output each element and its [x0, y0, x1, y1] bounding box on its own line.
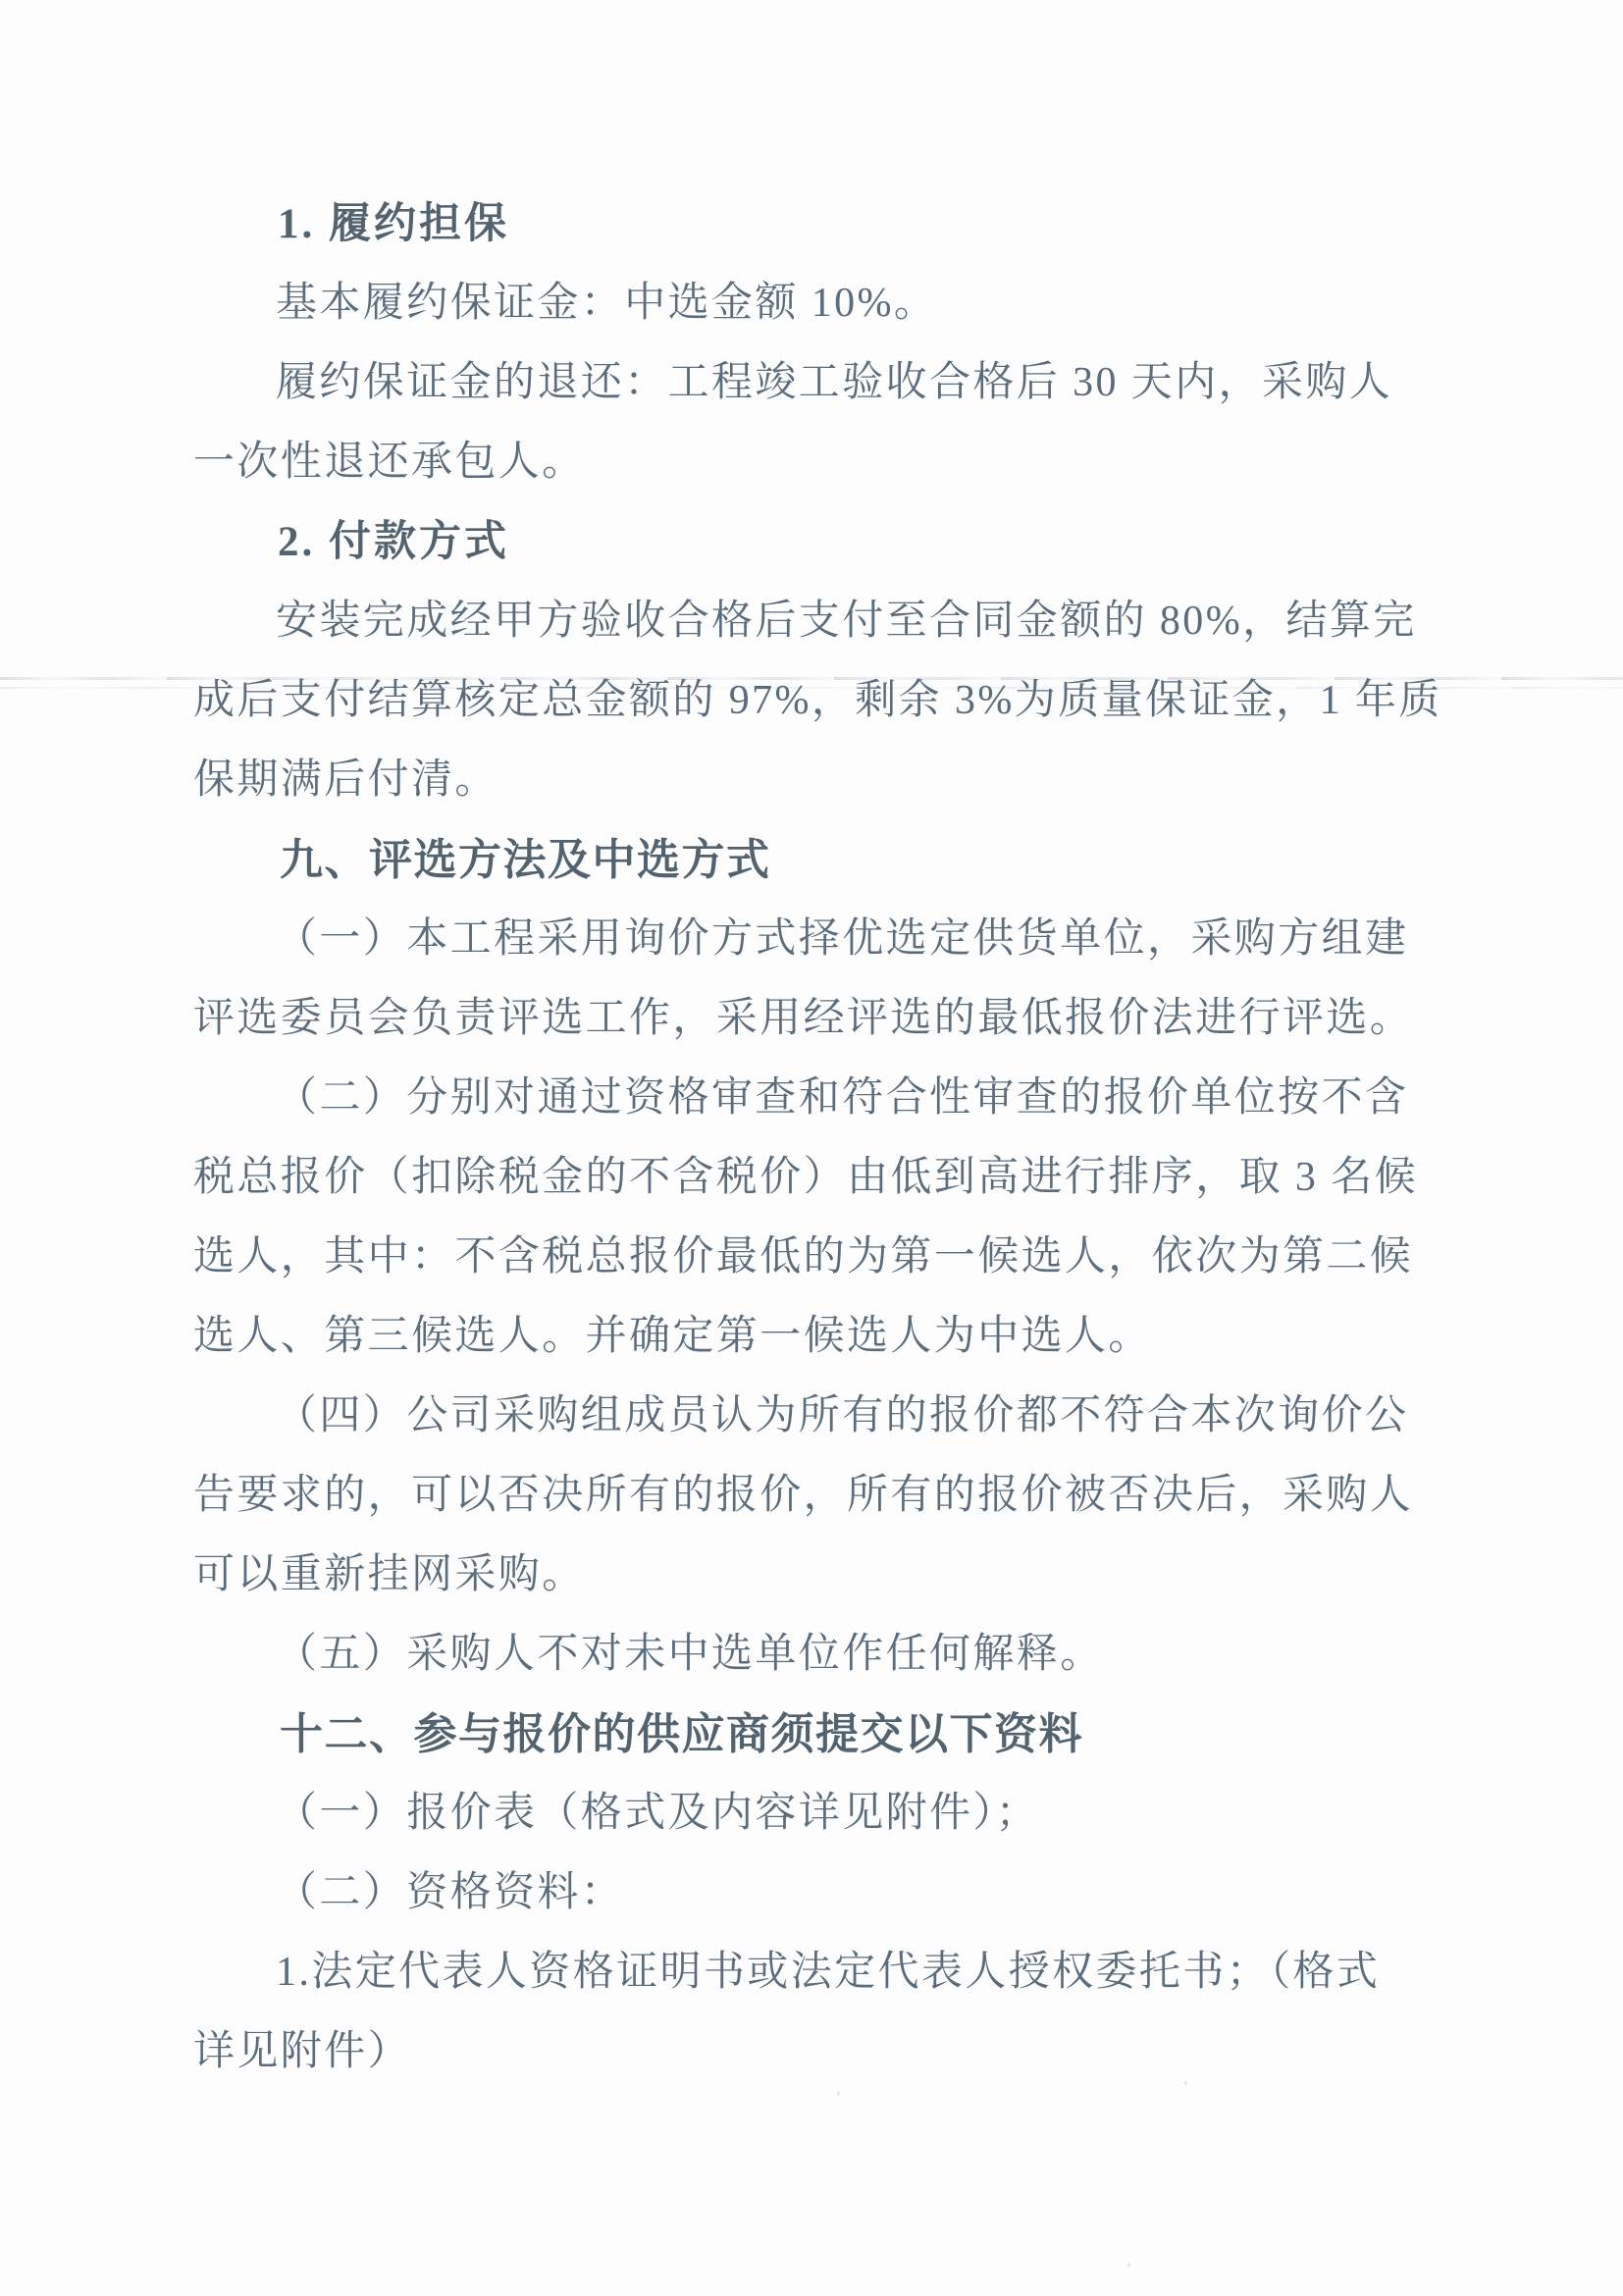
line-doc-legal-rep-1: 1.法定代表人资格证明书或法定代表人授权委托书；（格式 — [193, 1933, 1426, 2012]
line-item5-no-explanation: （五）采购人不对未中选单位作任何解释。 — [193, 1615, 1426, 1695]
line-item2-ranking-3: 选人，其中：不含税总报价最低的为第一候选人，依次为第二候 — [193, 1218, 1426, 1297]
heading-required-documents: 十二、参与报价的供应商须提交以下资料 — [193, 1695, 1426, 1774]
line-doc-quotation-form: （一）报价表（格式及内容详见附件）； — [193, 1774, 1426, 1853]
heading-evaluation-method: 九、评选方法及中选方式 — [193, 820, 1426, 900]
line-item4-rejection-1: （四）公司采购组成员认为所有的报价都不符合本次询价公 — [193, 1377, 1426, 1456]
line-item1-inquiry-1: （一）本工程采用询价方式择优选定供货单位，采购方组建 — [193, 900, 1426, 979]
line-doc-qualification: （二）资格资料： — [193, 1853, 1426, 1933]
line-payment-3: 保期满后付清。 — [193, 741, 1426, 820]
line-guarantee-refund-2: 一次性退还承包人。 — [193, 423, 1426, 502]
line-item2-ranking-1: （二）分别对通过资格审查和符合性审查的报价单位按不含 — [193, 1059, 1426, 1138]
line-basic-guarantee: 基本履约保证金：中选金额 10%。 — [193, 264, 1426, 343]
line-guarantee-refund-1: 履约保证金的退还：工程竣工验收合格后 30 天内，采购人 — [193, 343, 1426, 423]
document-page: 1. 履约担保 基本履约保证金：中选金额 10%。 履约保证金的退还：工程竣工验… — [0, 0, 1623, 2296]
line-payment-2: 成后支付结算核定总金额的 97%，剩余 3%为质量保证金，1 年质 — [193, 661, 1426, 741]
document-body: 1. 履约担保 基本履约保证金：中选金额 10%。 履约保证金的退还：工程竣工验… — [193, 184, 1426, 2092]
line-payment-1: 安装完成经甲方验收合格后支付至合同金额的 80%，结算完 — [193, 582, 1426, 661]
line-item2-ranking-2: 税总报价（扣除税金的不含税价）由低到高进行排序，取 3 名候 — [193, 1138, 1426, 1218]
line-doc-legal-rep-2: 详见附件） — [193, 2012, 1426, 2092]
line-item2-ranking-4: 选人、第三候选人。并确定第一候选人为中选人。 — [193, 1297, 1426, 1377]
line-item1-inquiry-2: 评选委员会负责评选工作，采用经评选的最低报价法进行评选。 — [193, 979, 1426, 1059]
line-item4-rejection-3: 可以重新挂网采购。 — [193, 1536, 1426, 1615]
heading-payment-method: 2. 付款方式 — [193, 502, 1426, 582]
line-item4-rejection-2: 告要求的，可以否决所有的报价，所有的报价被否决后，采购人 — [193, 1456, 1426, 1536]
heading-performance-guarantee: 1. 履约担保 — [193, 184, 1426, 264]
scan-speck — [1127, 2263, 1130, 2268]
